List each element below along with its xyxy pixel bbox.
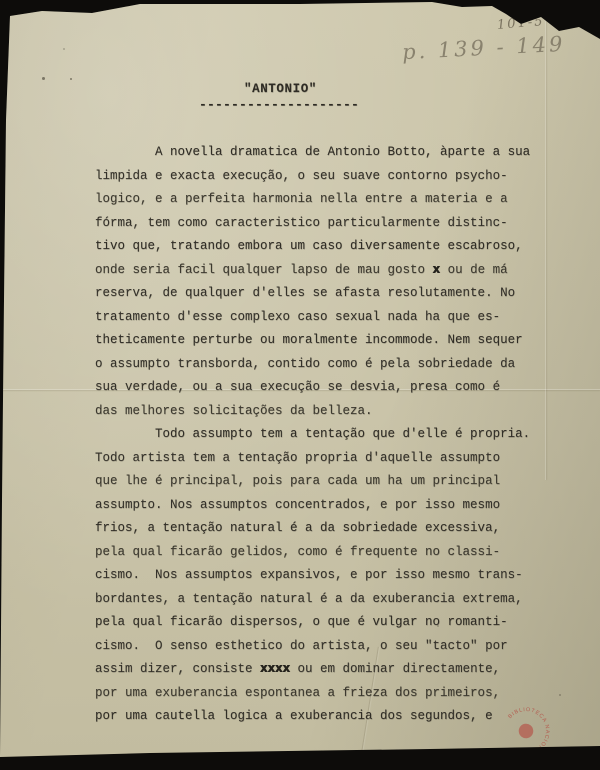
typescript-line: por uma cautella logica a exuberancia do… <box>95 705 535 729</box>
line-text: cismo. O senso esthetico do artista, o s… <box>95 639 508 653</box>
line-text: por uma cautella logica a exuberancia do… <box>95 709 493 723</box>
typescript-line: limpida e exacta execução, o seu suave c… <box>95 165 535 189</box>
typescript-line: por uma exuberancia espontanea a frieza … <box>95 682 535 706</box>
ink-speck <box>42 77 45 80</box>
typescript-line: pela qual ficarão dispersos, o que é vul… <box>95 611 535 635</box>
typescript-line: das melhores solicitações da belleza. <box>95 400 535 424</box>
line-text: das melhores solicitações da belleza. <box>95 404 373 418</box>
line-text: ou de má <box>440 263 508 277</box>
line-text: cismo. Nos assumptos expansivos, e por i… <box>95 568 523 582</box>
ink-speck <box>559 694 561 696</box>
typescript-line: logico, e a perfeita harmonia nella entr… <box>95 188 535 212</box>
fold-crease-vertical <box>545 0 546 480</box>
ink-speck <box>63 48 65 50</box>
typescript-line: cismo. O senso esthetico do artista, o s… <box>95 635 535 659</box>
typescript-line: onde seria facil qualquer lapso de mau g… <box>95 259 535 283</box>
handwritten-catalog-number: 101-5 <box>496 14 545 33</box>
typescript-line: o assumpto transborda, contido como é pe… <box>95 353 535 377</box>
line-text: bordantes, a tentação natural é a da exu… <box>95 592 523 606</box>
overstrike-text: xxxx <box>260 662 290 676</box>
line-text: limpida e exacta execução, o seu suave c… <box>95 169 508 183</box>
line-text: pela qual ficarão gelidos, como é freque… <box>95 545 500 559</box>
line-text: pela qual ficarão dispersos, o que é vul… <box>95 615 508 629</box>
line-text: theticamente perturbe ou moralmente inco… <box>95 333 523 347</box>
line-text: assim dizer, consiste <box>95 662 260 676</box>
typescript-line: reserva, de qualquer d'elles se afasta r… <box>95 282 535 306</box>
typescript-line: Todo artista tem a tentação propria d'aq… <box>95 447 535 471</box>
line-text: reserva, de qualquer d'elles se afasta r… <box>95 286 515 300</box>
typescript-line: bordantes, a tentação natural é a da exu… <box>95 588 535 612</box>
typescript-line: tratamento d'esse complexo caso sexual n… <box>95 306 535 330</box>
paper-sheet: 101-5 p. 139 - 149 "ANTONIO" -----------… <box>0 0 600 770</box>
typescript-line: tivo que, tratando embora um caso divers… <box>95 235 535 259</box>
typescript-line: A novella dramatica de Antonio Botto, àp… <box>95 141 535 165</box>
handwritten-page-range: p. 139 - 149 <box>401 32 565 65</box>
line-text: tratamento d'esse complexo caso sexual n… <box>95 310 500 324</box>
line-text: Todo artista tem a tentação propria d'aq… <box>95 451 500 465</box>
typescript-line: sua verdade, ou a sua execução se desvia… <box>95 376 535 400</box>
line-text: sua verdade, ou a sua execução se desvia… <box>95 380 500 394</box>
stamp-center-circle <box>516 721 536 741</box>
typescript-line: theticamente perturbe ou moralmente inco… <box>95 329 535 353</box>
typescript-line: frios, a tentação natural é a da sobried… <box>95 517 535 541</box>
typescript-line: fórma, tem como caracteristico particula… <box>95 212 535 236</box>
line-text: ou em dominar directamente, <box>290 662 500 676</box>
line-text: A novella dramatica de Antonio Botto, àp… <box>95 145 530 159</box>
line-text: fórma, tem como caracteristico particula… <box>95 216 508 230</box>
typescript-line: que lhe é principal, pois para cada um h… <box>95 470 535 494</box>
typescript-line: Todo assumpto tem a tentação que d'elle … <box>95 423 535 447</box>
line-text: logico, e a perfeita harmonia nella entr… <box>95 192 508 206</box>
line-text: por uma exuberancia espontanea a frieza … <box>95 686 500 700</box>
typescript-line: assumpto. Nos assumptos concentrados, e … <box>95 494 535 518</box>
typescript-line: assim dizer, consiste xxxx ou em dominar… <box>95 658 535 682</box>
line-text: tivo que, tratando embora um caso divers… <box>95 239 523 253</box>
title-underline: -------------------- <box>199 97 359 112</box>
overstrike-text: x <box>433 263 441 277</box>
typescript-line: pela qual ficarão gelidos, como é freque… <box>95 541 535 565</box>
line-text: assumpto. Nos assumptos concentrados, e … <box>95 498 500 512</box>
line-text: o assumpto transborda, contido como é pe… <box>95 357 515 371</box>
line-text: Todo assumpto tem a tentação que d'elle … <box>95 427 530 441</box>
line-text: frios, a tentação natural é a da sobried… <box>95 521 500 535</box>
document-title: "ANTONIO" <box>244 82 317 96</box>
line-text: que lhe é principal, pois para cada um h… <box>95 474 500 488</box>
line-text: onde seria facil qualquer lapso de mau g… <box>95 263 433 277</box>
ink-speck <box>70 78 72 80</box>
typescript-body: A novella dramatica de Antonio Botto, àp… <box>95 141 535 729</box>
typescript-line: cismo. Nos assumptos expansivos, e por i… <box>95 564 535 588</box>
